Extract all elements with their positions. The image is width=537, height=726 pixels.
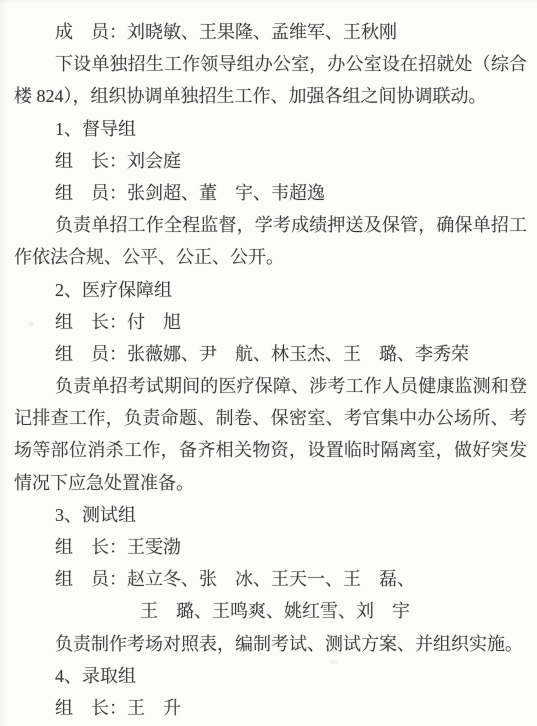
text-line: 组 员：张剑超、董 宇、韦超逸 <box>14 177 527 209</box>
text-line: 楼 824），组织协调单独招生工作、加强各组之间协调联动。 <box>14 80 527 112</box>
text-line: 3、测试组 <box>14 499 527 531</box>
text-line: 2、医疗保障组 <box>14 274 527 306</box>
document-lines: 成 员：刘晓敏、王果隆、孟维军、王秋刚下设单独招生工作领导组办公室，办公室设在招… <box>14 16 527 724</box>
text-line: 组 长：付 旭 <box>14 306 527 338</box>
text-line: 情况下应急处置准备。 <box>14 467 527 499</box>
text-line: 负责单招考试期间的医疗保障、涉考工作人员健康监测和登 <box>14 370 527 402</box>
scanned-document-page: 成 员：刘晓敏、王果隆、孟维军、王秋刚下设单独招生工作领导组办公室，办公室设在招… <box>0 0 537 726</box>
text-line: 4、录取组 <box>14 660 527 692</box>
text-line: 负责制作考场对照表，编制考试、测试方案、并组织实施。 <box>14 628 527 660</box>
text-line: 作依法合规、公平、公正、公开。 <box>14 241 527 273</box>
text-line: 成 员：刘晓敏、王果隆、孟维军、王秋刚 <box>14 16 527 48</box>
text-line: 场等部位消杀工作，备齐相关物资，设置临时隔离室，做好突发 <box>14 434 527 466</box>
text-line: 记排查工作，负责命题、制卷、保密室、考官集中办公场所、考 <box>14 402 527 434</box>
text-line: 下设单独招生工作领导组办公室，办公室设在招就处（综合 <box>14 48 527 80</box>
text-line: 组 长：王 升 <box>14 692 527 724</box>
text-line: 1、督导组 <box>14 113 527 145</box>
text-line: 组 长：刘会庭 <box>14 145 527 177</box>
text-line: 负责单招工作全程监督，学考成绩押送及保管，确保单招工 <box>14 209 527 241</box>
text-line: 组 员：张薇娜、尹 航、林玉杰、王 璐、李秀荣 <box>14 338 527 370</box>
text-line: 王 璐、王鸣爽、姚红雪、刘 宇 <box>14 595 527 627</box>
text-line: 组 长：王雯渤 <box>14 531 527 563</box>
text-line: 组 员：赵立冬、张 冰、王天一、王 磊、 <box>14 563 527 595</box>
